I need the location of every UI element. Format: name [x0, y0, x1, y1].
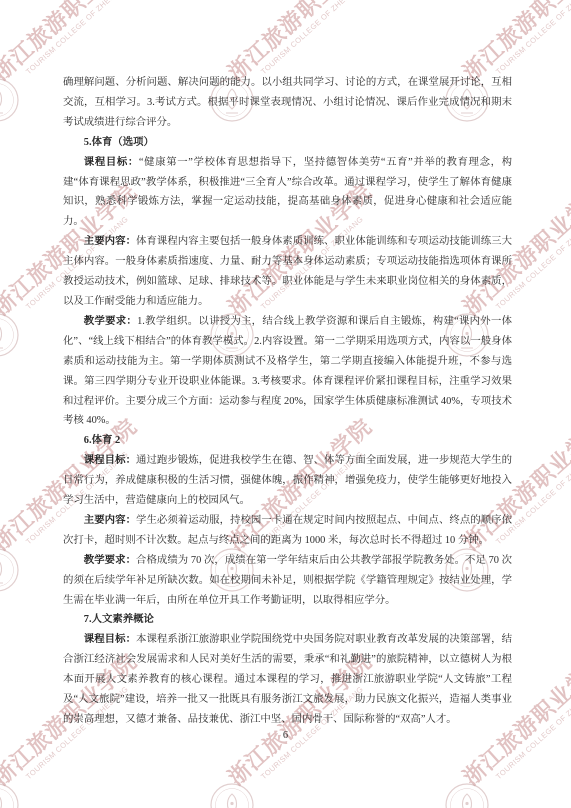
paragraph-text: 1.教学组织。以讲授为主，结合线上教学资源和课后自主锻炼，构建“课内外一体化”、…	[63, 316, 512, 427]
paragraph: 课程目标：本课程系浙江旅游职业学院围绕党中央国务院对职业教育改革发展的决策部署，…	[63, 630, 512, 730]
paragraph: 教学要求：1.教学组织。以讲授为主，结合线上教学资源和课后自主锻炼，构建“课内外…	[63, 312, 512, 431]
section-heading: 6.体育 2	[63, 431, 512, 451]
paragraph: 课程目标：“健康第一”学校体育思想指导下，坚持德智体美劳“五育”并举的教育理念，…	[63, 153, 512, 233]
paragraph: 主要内容：体育课程内容主要包括一般身体素质训练、职业体能训练和专项运动技能训练三…	[63, 232, 512, 312]
page-number: 6	[0, 730, 571, 741]
paragraph-label: 课程目标：	[84, 634, 136, 645]
paragraph: 教学要求：合格成绩为 70 次，成绩在第一学年结束后由公共教学部报学院教务处。不…	[63, 551, 512, 611]
paragraph: 主要内容：学生必须着运动服，持校园一卡通在规定时间内按照起点、中间点、终点的顺序…	[63, 511, 512, 551]
paragraph-label: 教学要求：	[84, 316, 137, 327]
paragraph-label: 教学要求：	[84, 555, 136, 566]
paragraph-label: 课程目标：	[84, 157, 139, 168]
intro-paragraph: 确理解问题、分析问题、解决问题的能力。以小组共同学习、讨论的方式，在课堂展开讨论…	[63, 73, 512, 133]
section-heading: 5.体育（选项）	[63, 133, 512, 153]
paragraph-label: 主要内容：	[84, 515, 136, 526]
document-body: 确理解问题、分析问题、解决问题的能力。以小组共同学习、讨论的方式，在课堂展开讨论…	[63, 73, 512, 730]
document-page: 浙江旅游职业学院 TOURISM COLLEGE OF ZHEJIANG 确理解…	[0, 0, 571, 808]
section-heading: 7.人文素养概论	[63, 610, 512, 630]
paragraph: 课程目标：通过跑步锻炼，促进我校学生在德、智、体等方面全面发展，进一步规范大学生…	[63, 451, 512, 511]
paragraph-text: 本课程系浙江旅游职业学院围绕党中央国务院对职业教育改革发展的决策部署，结合浙江经…	[63, 634, 512, 725]
paragraph-label: 课程目标：	[84, 455, 136, 466]
paragraph-label: 主要内容：	[84, 236, 136, 247]
